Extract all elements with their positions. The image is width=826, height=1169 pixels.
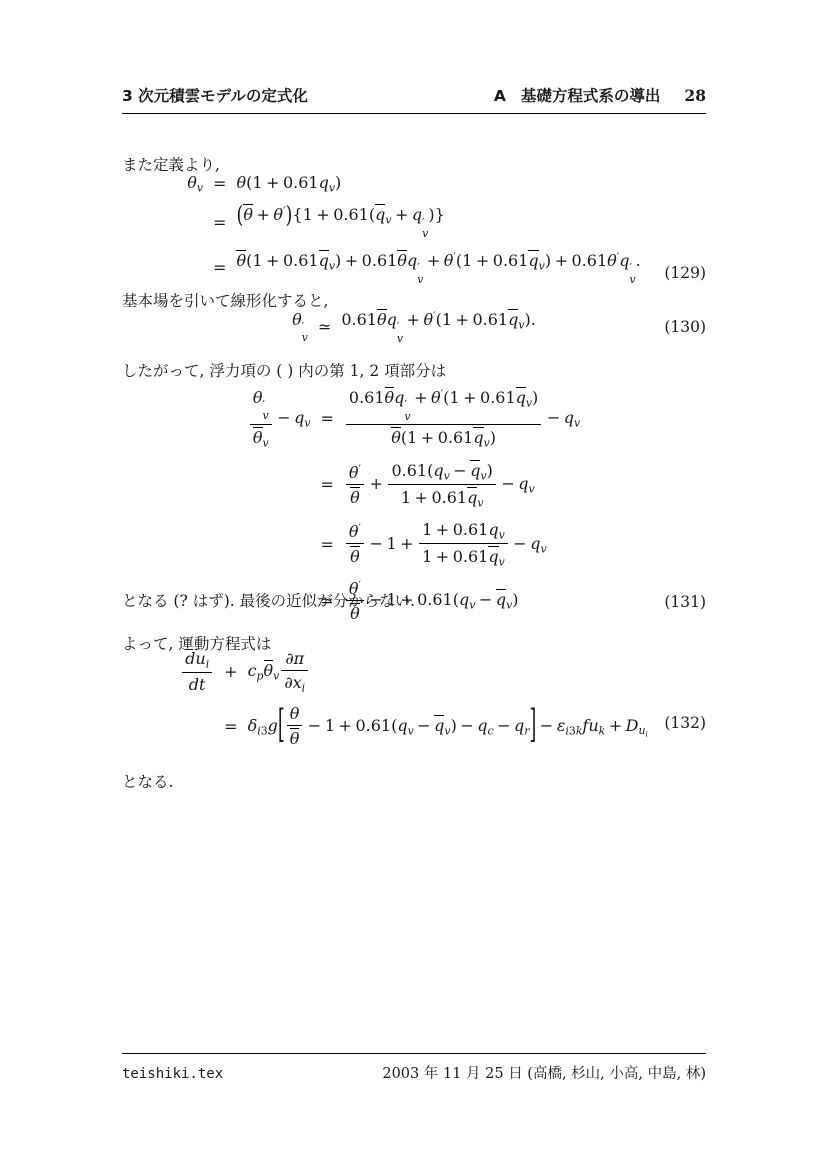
math-n: ) — [335, 173, 341, 192]
math-subscript: v — [263, 410, 269, 421]
paragraph-remark: となる (? はず). 最後の近似が分からない. — [122, 590, 706, 612]
math-sb: qv — [473, 428, 489, 447]
equation-cell-lhs: θ′v — [292, 304, 308, 349]
math-bar: θ — [350, 487, 360, 507]
math-i: v — [499, 556, 505, 569]
equation-cell-rel: = — [311, 382, 344, 455]
math-n: ) — [545, 251, 551, 270]
math-sp: θ′ — [273, 205, 285, 224]
math-sp: θ′ — [423, 310, 435, 329]
math-i: p — [257, 670, 264, 683]
math-subscript: v — [263, 436, 269, 449]
math-sb: Dui — [626, 716, 648, 735]
math-i: v — [404, 410, 410, 423]
math-bar: q — [319, 250, 329, 270]
math-o: + — [555, 251, 568, 270]
math-n: ) — [487, 461, 493, 480]
paragraph-buoyancy: したがって, 浮力項の ( ) 内の第 1, 2 項部分は — [122, 360, 706, 382]
math-r: dt — [189, 675, 206, 694]
math-sp: θ′ — [349, 463, 361, 482]
equation-cell-rhs: (θ+θ′){1+0.61(qv+q′v)} — [236, 199, 640, 244]
math-sbp: q′v — [394, 388, 410, 407]
math-i: u — [195, 649, 205, 668]
math-numerator: θ — [287, 704, 303, 725]
math-n: 0.61 — [283, 173, 319, 192]
math-sb: qv — [319, 251, 335, 270]
math-i: q — [394, 388, 404, 407]
math-sb: qv — [375, 205, 391, 224]
math-numerator: 1+0.61qv — [419, 520, 508, 543]
math-n: 1 — [386, 534, 396, 553]
math-subsup: ′v — [404, 399, 410, 422]
math-o: − — [497, 716, 510, 735]
math-i: i — [646, 730, 648, 739]
equation-129-number: (129) — [664, 264, 706, 282]
math-sb: ui — [639, 724, 648, 737]
math-o: + — [370, 474, 383, 493]
paragraph-conclusion: となる. — [122, 771, 706, 793]
math-r: 1+0.61qv — [422, 520, 505, 539]
math-sbp: q′v — [387, 310, 403, 329]
equation-row: duidt+cpθv∂π∂xi — [180, 644, 648, 699]
math-o: + — [316, 205, 329, 224]
math-subscript: v — [529, 483, 535, 496]
equation-cell-rel: ≃ — [308, 304, 341, 349]
math-i: θ — [397, 251, 407, 270]
math-n: 1 — [422, 547, 432, 566]
math-r: i3k — [565, 724, 582, 737]
math-superscript: ′ — [359, 462, 361, 475]
math-n: 1 — [252, 173, 262, 192]
math-delimiter: ) — [286, 203, 293, 229]
math-r: 0.61(qv−qv) — [391, 461, 492, 480]
math-sp: θ′ — [444, 251, 456, 270]
math-i: q — [387, 310, 397, 329]
math-sbp: θ′v — [292, 310, 308, 329]
math-sb: δi3 — [248, 716, 268, 735]
math-i: θ — [391, 428, 401, 447]
math-subscript: v — [499, 528, 505, 541]
math-n: 0.61 — [453, 547, 489, 566]
equation-cell-rhs: cpθv∂π∂xi — [248, 644, 648, 699]
math-i: π — [294, 649, 305, 668]
math-numerator: θ′ — [346, 522, 364, 543]
math-i: θ — [444, 251, 454, 270]
math-n: { — [292, 205, 302, 224]
math-subscript: v — [630, 274, 636, 285]
math-r: θ+θ′ — [243, 205, 285, 224]
math-i: θ — [290, 729, 300, 748]
math-n: ) — [490, 428, 496, 447]
math-denominator: θ(1+0.61qv) — [346, 424, 541, 449]
math-i: q — [508, 310, 518, 329]
math-n: 0.61 — [438, 428, 474, 447]
footer-filename: teishiki.tex — [122, 1066, 223, 1082]
math-r: θ(1+0.61qv) — [391, 428, 496, 447]
equation-cell-rhs: θ′θ+0.61(qv−qv)1+0.61qv−qv — [344, 455, 580, 515]
math-i: q — [319, 173, 329, 192]
equation-cell-rhs: 0.61θq′v+θ′(1+0.61qv)θ(1+0.61qv)−qv — [344, 382, 580, 455]
math-bar: q — [528, 250, 538, 270]
math-i: θ — [292, 310, 302, 329]
math-f: θ′θ — [346, 462, 364, 506]
math-i: v — [529, 483, 535, 496]
math-i: d — [185, 649, 195, 668]
math-sb: θv — [264, 661, 280, 680]
math-i: θ — [350, 547, 360, 566]
math-r: 0.61θq′v+θ′(1+0.61qv). — [341, 310, 535, 329]
math-sb: qv — [319, 173, 335, 192]
math-i: q — [319, 251, 329, 270]
math-i: i — [302, 681, 305, 694]
math-sb: qv — [528, 251, 544, 270]
math-i: v — [304, 416, 310, 429]
math-n: . — [636, 251, 641, 270]
math-o: + — [345, 251, 358, 270]
math-sb: xi — [293, 673, 306, 692]
equation-row: =θ′θ+0.61(qv−qv)1+0.61qv−qv — [248, 455, 580, 515]
math-f: θ′vθv — [250, 388, 272, 450]
math-subscript: i — [206, 657, 209, 670]
math-denominator: 1+0.61qv — [388, 484, 495, 509]
math-i: u — [588, 716, 598, 735]
math-subscript: v — [404, 411, 410, 422]
math-sb: qv — [508, 310, 524, 329]
math-denominator: θ — [346, 484, 364, 507]
math-i: v — [417, 273, 423, 286]
equation-132-body: duidt+cpθv∂π∂xi=δi3g[θθ−1+0.61(qv−qv)−qc… — [122, 644, 706, 753]
math-sb: qv — [518, 474, 534, 493]
equation-cell-rel: = — [214, 699, 247, 753]
equation-align-table: θv=θ(1+0.61qv)=(θ+θ′){1+0.61(qv+q′v)}=θ(… — [187, 168, 641, 290]
equation-align-table: duidt+cpθv∂π∂xi=δi3g[θθ−1+0.61(qv−qv)−qc… — [180, 644, 648, 753]
math-subscript: k — [599, 724, 606, 737]
math-n: 0.61 — [362, 251, 398, 270]
math-i: θ — [273, 205, 283, 224]
math-n: ) — [532, 388, 538, 407]
math-i: q — [434, 716, 444, 735]
math-f: 0.61(qv−qv)1+0.61qv — [388, 460, 495, 510]
math-denominator: θ — [287, 725, 303, 748]
math-sb: qc — [477, 716, 493, 735]
math-bar: q — [473, 427, 483, 447]
math-i: c — [248, 661, 257, 680]
math-bar: θ — [350, 546, 360, 566]
math-r: 0.61θq′v+θ′(1+0.61qv) — [349, 388, 538, 407]
math-r: 0.61θq′v+θ′(1+0.61qv)θ(1+0.61qv)−qv — [344, 408, 580, 427]
math-i: q — [518, 474, 528, 493]
equation-row: =θ′θ−1+1+0.61qv1+0.61qv−qv — [248, 515, 580, 574]
math-n: 1 — [303, 205, 313, 224]
math-r: 1+0.61qv — [422, 547, 505, 566]
math-i: θ — [423, 310, 433, 329]
equation-cell-lhs: θ′vθv−qv — [248, 382, 311, 455]
math-i: x — [293, 673, 302, 692]
math-i: q — [477, 716, 487, 735]
equation-row: =δi3g[θθ−1+0.61(qv−qv)−qc−qr]−εi3kfuk+Du… — [180, 699, 648, 753]
math-sb: qv — [470, 461, 486, 480]
math-sb: qv — [564, 408, 580, 427]
math-sb: qv — [488, 520, 504, 539]
math-denominator: ∂xi — [281, 670, 308, 694]
math-i: c — [488, 724, 494, 737]
equation-cell-rel: = — [203, 199, 236, 244]
math-delimiter: [ — [278, 704, 285, 748]
equation-132: duidt+cpθv∂π∂xi=δi3g[θθ−1+0.61(qv−qv)−qc… — [122, 644, 706, 753]
page: 3 次元積雲モデルの定式化 A 基礎方程式系の導出 28 また定義より, θv=… — [0, 0, 826, 1169]
math-o: + — [414, 388, 427, 407]
math-i: i — [206, 657, 209, 670]
math-o: − — [370, 534, 383, 553]
math-o: + — [266, 173, 279, 192]
math-n: } — [435, 205, 445, 224]
math-n: 0.61 — [341, 310, 377, 329]
math-subscript: v — [422, 228, 428, 239]
math-n: 1 — [401, 488, 411, 507]
math-o: − — [277, 408, 290, 427]
equation-row: θv=θ(1+0.61qv) — [187, 168, 641, 199]
math-sbp: θ′v — [253, 388, 269, 407]
math-denominator: θv — [250, 424, 272, 449]
equation-cell-lhs — [248, 515, 311, 574]
math-o: + — [609, 716, 622, 735]
math-i: q — [528, 251, 538, 270]
math-i: q — [375, 205, 385, 224]
math-sbp: q′v — [619, 251, 635, 270]
math-o: + — [415, 488, 428, 507]
math-i: v — [630, 273, 636, 286]
math-sb: qv — [516, 388, 532, 407]
math-o: + — [427, 251, 440, 270]
math-bar: θ — [385, 387, 395, 407]
equation-cell-rhs: δi3g[θθ−1+0.61(qv−qv)−qc−qr]−εi3kfuk+Dui — [248, 699, 648, 753]
math-i: θ — [607, 251, 617, 270]
math-o: + — [463, 388, 476, 407]
math-o: + — [421, 428, 434, 447]
math-bar: θ — [253, 427, 263, 447]
math-sb: θv — [253, 428, 269, 447]
math-i: θ — [264, 661, 274, 680]
math-f: 1+0.61qv1+0.61qv — [419, 520, 508, 569]
math-f: θθ — [287, 704, 303, 748]
math-r: δi3g[θθ−1+0.61(qv−qv)−qc−qr]−εi3kfuk+Dui — [248, 716, 648, 735]
math-i: d — [189, 675, 199, 694]
equation-cell-rhs: 0.61θq′v+θ′(1+0.61qv). — [341, 304, 535, 349]
math-denominator: 1+0.61qv — [419, 543, 508, 568]
math-i: θ — [431, 388, 441, 407]
math-n: 0.61 — [493, 251, 529, 270]
math-i: v — [444, 469, 450, 482]
math-denominator: dt — [182, 672, 212, 694]
equation-cell-rel: + — [214, 644, 247, 699]
math-numerator: θ′ — [346, 462, 364, 483]
math-r: dui — [185, 649, 209, 668]
page-header: 3 次元積雲モデルの定式化 A 基礎方程式系の導出 28 — [122, 84, 706, 114]
math-n: ) — [451, 716, 457, 735]
math-i: D — [626, 716, 639, 735]
math-sb: θv — [187, 173, 203, 192]
math-o: − — [308, 716, 321, 735]
math-n: 3 — [569, 724, 576, 737]
math-f: 0.61θq′v+θ′(1+0.61qv)θ(1+0.61qv) — [346, 387, 541, 450]
math-o: − — [453, 461, 466, 480]
equation-align-table: θ′v≃0.61θq′v+θ′(1+0.61qv). — [292, 304, 536, 349]
math-f: ∂π∂xi — [281, 649, 308, 694]
math-i: q — [467, 488, 477, 507]
header-page-number: 28 — [684, 86, 706, 105]
math-n: 0.61 — [391, 461, 427, 480]
math-i: q — [412, 205, 422, 224]
math-r: θ′θ−1+1+0.61qv1+0.61qv−qv — [344, 534, 547, 553]
header-appendix-title: 基礎方程式系の導出 — [521, 84, 661, 106]
math-g: (θ+θ′) — [236, 205, 292, 224]
math-i: v — [422, 227, 428, 240]
math-bar: q — [488, 546, 498, 566]
math-i: g — [268, 716, 278, 735]
math-i: δ — [248, 716, 258, 735]
math-o: + — [400, 534, 413, 553]
footer-date-authors: 2003 年 11 月 25 日 (高橋, 杉山, 小高, 中島, 林) — [382, 1062, 706, 1083]
math-sp: θ′ — [431, 388, 443, 407]
math-o: + — [436, 520, 449, 539]
equation-cell-rel: = — [311, 515, 344, 574]
math-o: − — [513, 534, 526, 553]
math-subscript: v — [304, 416, 310, 429]
math-n: 1 — [462, 251, 472, 270]
math-i: θ — [236, 173, 246, 192]
math-n: ′ — [359, 522, 361, 535]
math-r: θ(1+0.61qv)+0.61θq′v+θ′(1+0.61qv)+0.61θ′… — [236, 251, 640, 270]
math-g: [θθ−1+0.61(qv−qv)−qc−qr] — [278, 716, 537, 735]
math-bar: θ — [391, 427, 401, 447]
math-n: ′ — [359, 462, 361, 475]
equation-129-body: θv=θ(1+0.61qv)=(θ+θ′){1+0.61(qv+q′v)}=θ(… — [122, 168, 706, 290]
math-subscript: i — [302, 681, 305, 694]
math-i: v — [302, 331, 308, 344]
math-n: 0.61 — [355, 716, 391, 735]
math-subscript: v — [302, 332, 308, 343]
equation-cell-lhs — [187, 245, 203, 290]
math-o: + — [339, 716, 352, 735]
math-n: . — [531, 310, 536, 329]
math-subscript: i3 — [257, 724, 267, 737]
math-i: t — [199, 675, 205, 694]
math-delimiter: ( — [236, 203, 243, 229]
math-o: + — [256, 205, 269, 224]
equation-132-number: (132) — [664, 714, 706, 732]
math-i: ∂ — [285, 649, 293, 668]
math-sb: ui — [195, 649, 209, 668]
math-r: ∂xi — [284, 673, 305, 692]
math-subsup: ′v — [417, 262, 423, 285]
math-bar: q — [508, 309, 518, 329]
math-n: 1 — [407, 428, 417, 447]
math-numerator: 0.61θq′v+θ′(1+0.61qv) — [346, 387, 541, 424]
math-i: v — [499, 528, 505, 541]
math-sp: θ′ — [349, 522, 361, 541]
math-sbp: q′v — [412, 205, 428, 224]
math-i: θ — [385, 388, 395, 407]
equation-cell-rhs: θ′θ−1+1+0.61qv1+0.61qv−qv — [344, 515, 580, 574]
equation-130: θ′v≃0.61θq′v+θ′(1+0.61qv). (130) — [122, 304, 706, 349]
math-r: θ(1+0.61qv) — [236, 173, 341, 192]
math-i: q — [514, 716, 524, 735]
math-i: k — [599, 724, 606, 737]
math-sb: qv — [294, 408, 310, 427]
math-o: − — [460, 716, 473, 735]
math-sb: qv — [397, 716, 413, 735]
math-sb: qv — [433, 461, 449, 480]
math-f: θ′θ — [346, 522, 364, 566]
math-r: θ′vθv−qv — [248, 408, 311, 427]
math-i: v — [385, 214, 391, 227]
equation-cell-lhs — [180, 699, 214, 753]
math-subscript: v — [499, 556, 505, 569]
math-i: θ — [253, 428, 263, 447]
math-i: q — [488, 547, 498, 566]
equation-cell-rel: = — [203, 168, 236, 199]
math-numerator: 0.61(qv−qv) — [388, 460, 495, 484]
math-r: θθ−1+0.61(qv−qv)−qc−qr — [285, 716, 530, 735]
math-subscript: i — [646, 730, 648, 739]
math-sb: uk — [588, 716, 605, 735]
math-n: 0.61 — [283, 251, 319, 270]
math-bar: θ — [397, 250, 407, 270]
math-numerator: dui — [182, 649, 212, 672]
math-r: ∂π — [285, 649, 304, 668]
math-subscript: v — [197, 181, 203, 194]
equation-130-body: θ′v≃0.61θq′v+θ′(1+0.61qv). — [122, 304, 706, 349]
math-i: θ — [349, 522, 359, 541]
equation-cell-lhs: duidt — [180, 644, 214, 699]
math-n: ) — [335, 251, 341, 270]
math-numerator: ∂π — [281, 649, 308, 670]
math-subscript: v — [385, 214, 391, 227]
math-n: 1 — [325, 716, 335, 735]
math-o: − — [540, 716, 553, 735]
math-i: q — [564, 408, 574, 427]
math-n: 0.61 — [349, 388, 385, 407]
math-bar: θ — [236, 250, 246, 270]
math-i: θ — [349, 463, 359, 482]
math-subscript: v — [397, 333, 403, 344]
math-bar: q — [375, 204, 385, 224]
math-i: v — [197, 181, 203, 194]
math-n: 1 — [422, 520, 432, 539]
math-i: q — [470, 461, 480, 480]
math-superscript: ′ — [359, 522, 361, 535]
math-i: θ — [236, 251, 246, 270]
math-bar: θ — [377, 309, 387, 329]
math-o: + — [456, 310, 469, 329]
equation-row: =θ(1+0.61qv)+0.61θq′v+θ′(1+0.61qv)+0.61θ… — [187, 245, 641, 290]
math-r: (θ+θ′){1+0.61(qv+q′v)} — [236, 205, 444, 224]
math-subscript: v — [444, 469, 450, 482]
math-i: v — [477, 497, 483, 510]
math-r: θ′θ+0.61(qv−qv)1+0.61qv−qv — [344, 474, 535, 493]
math-bar: θ — [243, 204, 253, 224]
math-i: v — [408, 724, 414, 737]
math-i: q — [516, 388, 526, 407]
equation-row: θ′v≃0.61θq′v+θ′(1+0.61qv). — [292, 304, 536, 349]
math-f: duidt — [182, 649, 212, 694]
math-n: 0.61 — [572, 251, 608, 270]
math-subscript: v — [417, 274, 423, 285]
math-r: i3 — [257, 724, 267, 737]
math-subscript: v — [408, 724, 414, 737]
equation-cell-lhs: θv — [187, 168, 203, 199]
math-n: 0.61 — [453, 520, 489, 539]
